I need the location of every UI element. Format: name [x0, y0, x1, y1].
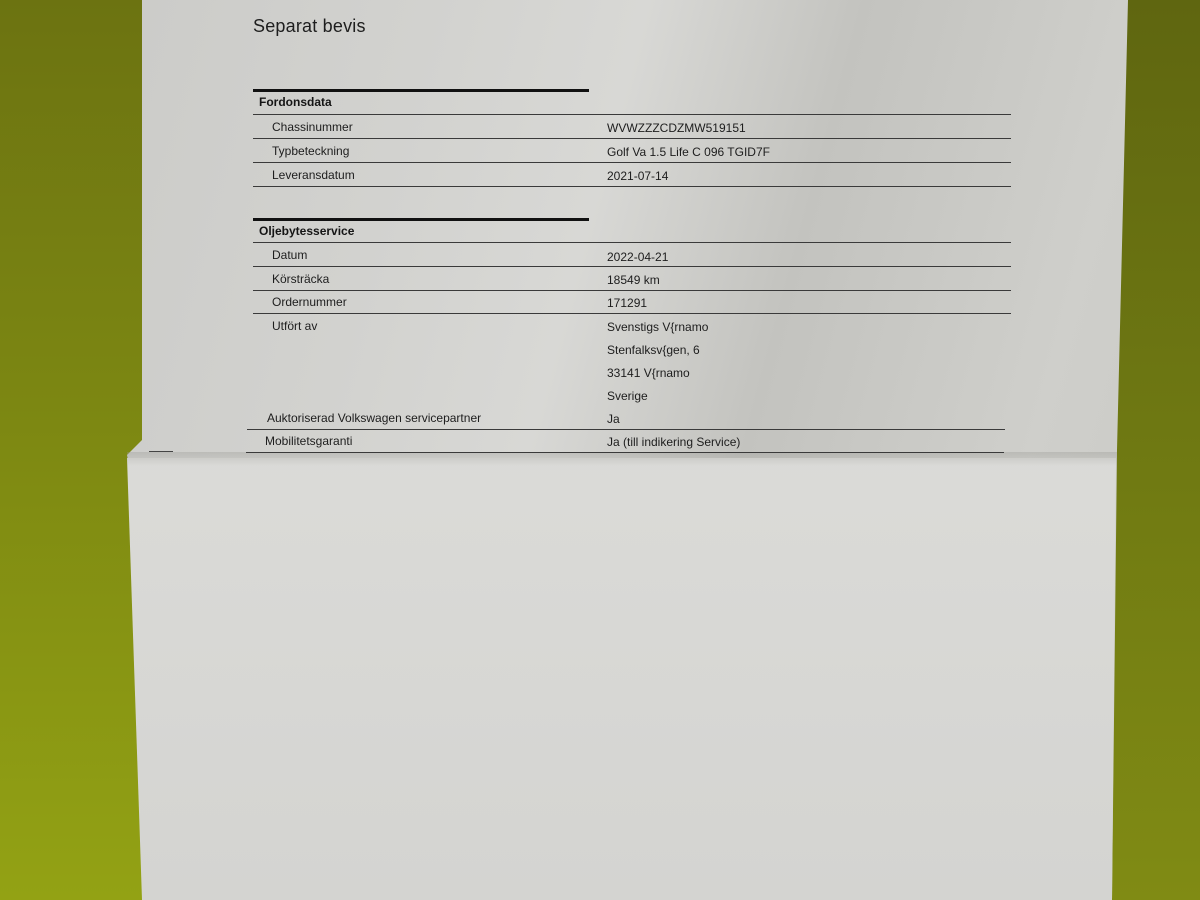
- table-rule: [253, 114, 1011, 115]
- label-ordernummer: Ordernummer: [272, 295, 347, 309]
- value-utfort-av-line-2: Stenfalksv{gen, 6: [607, 343, 700, 357]
- section-heading-oljebytesservice: Oljebytesservice: [259, 224, 354, 238]
- table-rule: [253, 242, 1011, 243]
- value-utfort-av-line-4: Sverige: [607, 389, 648, 403]
- label-utfort-av: Utfört av: [272, 319, 317, 333]
- table-rule: [253, 186, 1011, 187]
- label-typbeteckning: Typbeteckning: [272, 144, 349, 158]
- fold-shadow: [127, 452, 1117, 466]
- label-korstracka: Körsträcka: [272, 272, 329, 286]
- background-surface-left: [0, 0, 145, 900]
- table-rule: [246, 452, 1004, 453]
- value-mobilitetsgaranti: Ja (till indikering Service): [607, 435, 740, 449]
- table-rule: [253, 266, 1011, 267]
- value-auktoriserad-servicepartner: Ja: [607, 412, 620, 426]
- value-korstracka: 18549 km: [607, 273, 660, 287]
- table-rule: [253, 290, 1011, 291]
- value-leveransdatum: 2021-07-14: [607, 169, 668, 183]
- document-title: Separat bevis: [253, 16, 366, 37]
- value-utfort-av-line-1: Svenstigs V{rnamo: [607, 320, 708, 334]
- label-datum: Datum: [272, 248, 307, 262]
- value-ordernummer: 171291: [607, 296, 647, 310]
- value-utfort-av-line-3: 33141 V{rnamo: [607, 366, 690, 380]
- value-typbeteckning: Golf Va 1.5 Life C 096 TGID7F: [607, 145, 770, 159]
- table-rule: [253, 162, 1011, 163]
- label-chassinummer: Chassinummer: [272, 120, 353, 134]
- section-divider-bar: [253, 89, 589, 92]
- value-chassinummer: WVWZZZCDZMW519151: [607, 121, 746, 135]
- label-leveransdatum: Leveransdatum: [272, 168, 355, 182]
- section-divider-bar: [253, 218, 589, 221]
- value-datum: 2022-04-21: [607, 250, 668, 264]
- table-rule: [247, 429, 1005, 430]
- table-rule: [253, 138, 1011, 139]
- table-rule: [253, 313, 1011, 314]
- label-auktoriserad-servicepartner: Auktoriserad Volkswagen servicepartner: [267, 411, 481, 425]
- fold-margin-mark: [149, 451, 173, 452]
- section-heading-fordonsdata: Fordonsdata: [259, 95, 332, 109]
- label-mobilitetsgaranti: Mobilitetsgaranti: [265, 434, 352, 448]
